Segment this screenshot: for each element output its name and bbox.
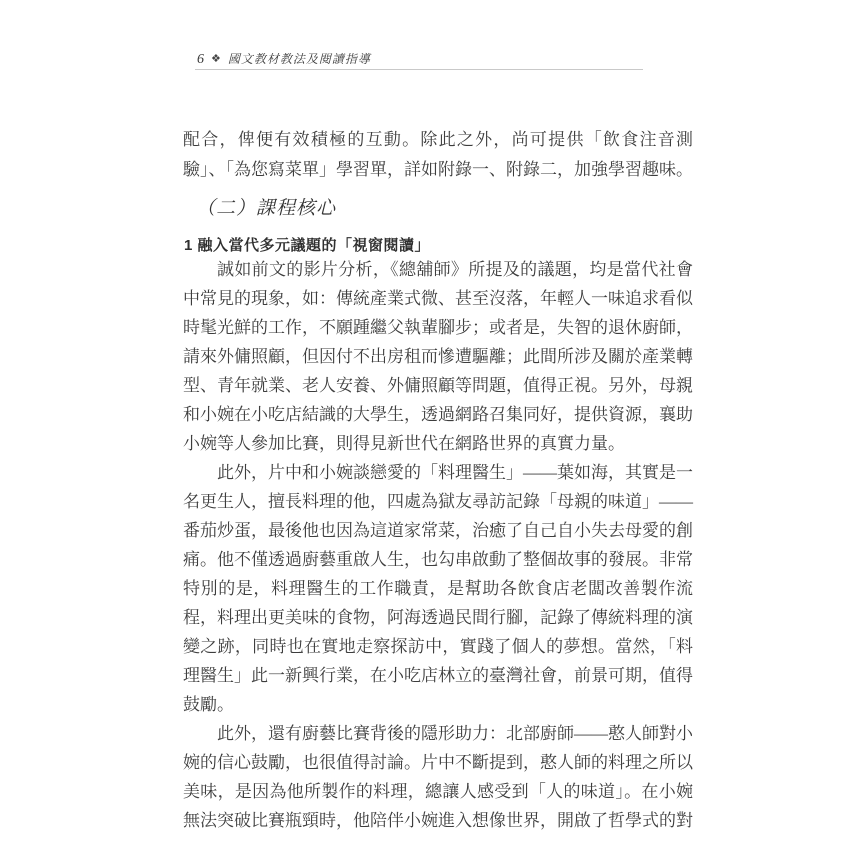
book-page: 6 ❖ 國文教材教法及閱讀指導 配合，俾便有效積極的互動。除此之外，尚可提供「飲… [0,0,850,850]
book-title: 國文教材教法及閱讀指導 [228,50,371,67]
diamond-icon: ❖ [211,52,221,65]
header-rule [195,69,643,70]
section-heading: （二）課程核心 [196,193,336,220]
intro-paragraph: 配合，俾便有效積極的互動。除此之外，尚可提供「飲食注音測驗」、「為您寫菜單」學習… [183,125,693,184]
paragraph: 誠如前文的影片分析，《總舖師》所提及的議題，均是當代社會中常見的現象，如：傳統產… [183,255,693,458]
page-number: 6 [197,52,204,68]
body-text: 誠如前文的影片分析，《總舖師》所提及的議題，均是當代社會中常見的現象，如：傳統產… [183,255,693,835]
running-head: 6 ❖ 國文教材教法及閱讀指導 [197,50,371,68]
subsection-heading: 1 融入當代多元議題的「視窗閱讀」 [184,234,430,255]
paragraph: 此外，片中和小婉談戀愛的「料理醫生」——葉如海，其實是一名更生人，擅長料理的他，… [183,458,693,719]
paragraph: 此外，還有廚藝比賽背後的隱形助力：北部廚師——憨人師對小婉的信心鼓勵，也很值得討… [183,719,693,835]
